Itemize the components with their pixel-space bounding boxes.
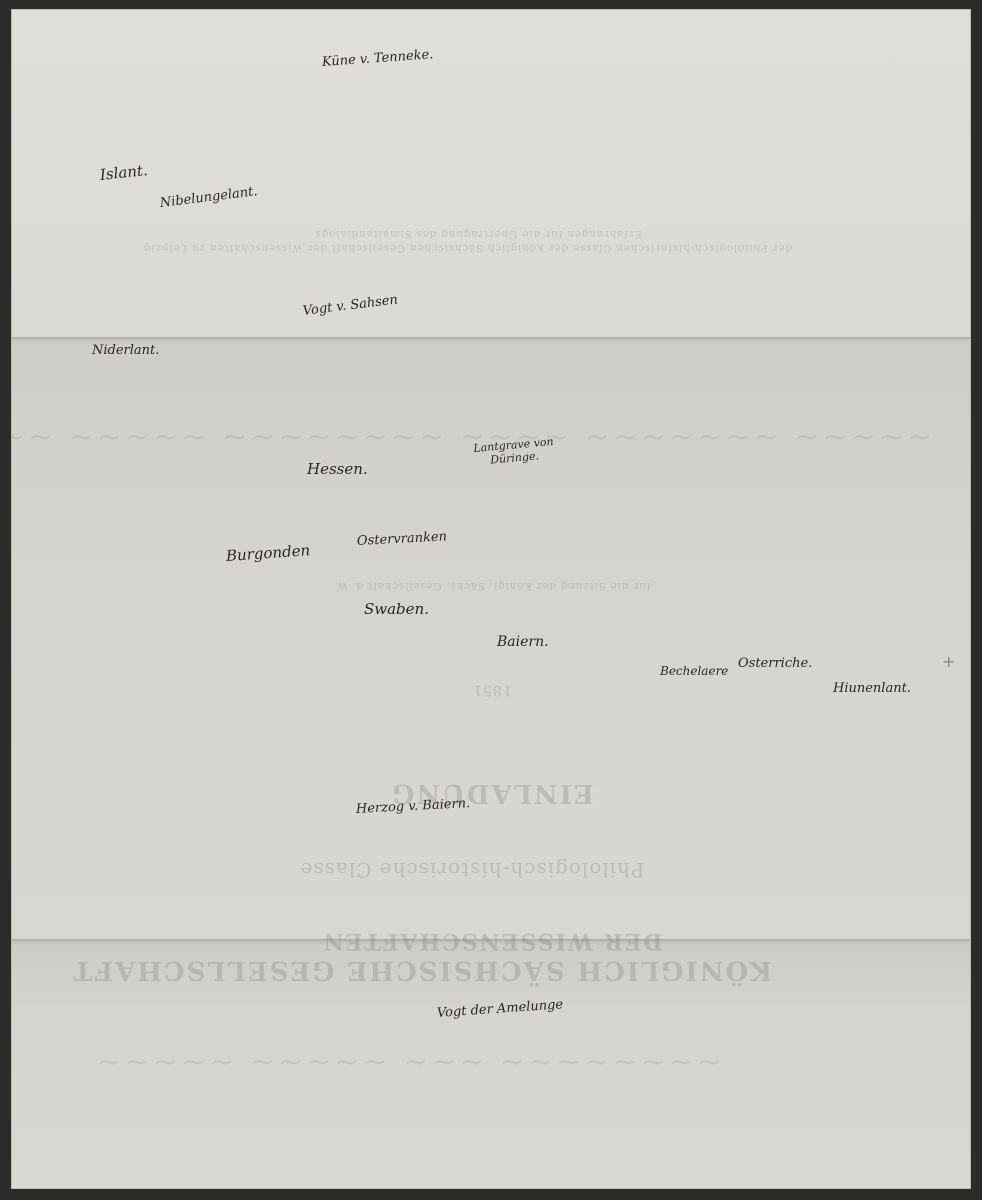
document-sheet: Erfahrungen für die Übertragung des Simu… [12,10,970,1188]
bleed-through-heading: KÖNIGLICH SÄCHSISCHE GESELLSCHAFT [212,955,772,985]
annotation-hiunenlant: Hiunenlant. [833,681,911,696]
fold-line-upper [12,337,970,339]
annotation-osterriche: Osterriche. [738,656,812,671]
bleed-through-script: ~~~~~~~~ ~~~ ~~~~~ ~~~~~ [202,1045,722,1080]
bleed-through-heading: Philologisch-historische Classe [267,858,677,882]
annotation-niderlant: Niderlant. [92,343,159,358]
margin-pencil-mark: + [942,652,955,671]
bleed-through-line: der Philologisch-historischen Classe der… [192,242,792,253]
annotation-bechelaere: Bechelaere [660,664,728,678]
annotation-swaben: Swaben. [364,600,429,618]
bleed-through-heading: DER WISSENSCHAFTEN [312,928,672,954]
bleed-through-line: für die Sitzung der Königl. Sächs. Gesel… [302,580,682,591]
bleed-through-date: 1851 [432,682,552,698]
annotation-baiern: Baiern. [497,634,549,650]
annotation-hessen: Hessen. [307,460,368,478]
top-fold-panel [12,10,970,338]
bleed-through-line: Erfahrungen für die Übertragung des Simu… [342,228,642,239]
